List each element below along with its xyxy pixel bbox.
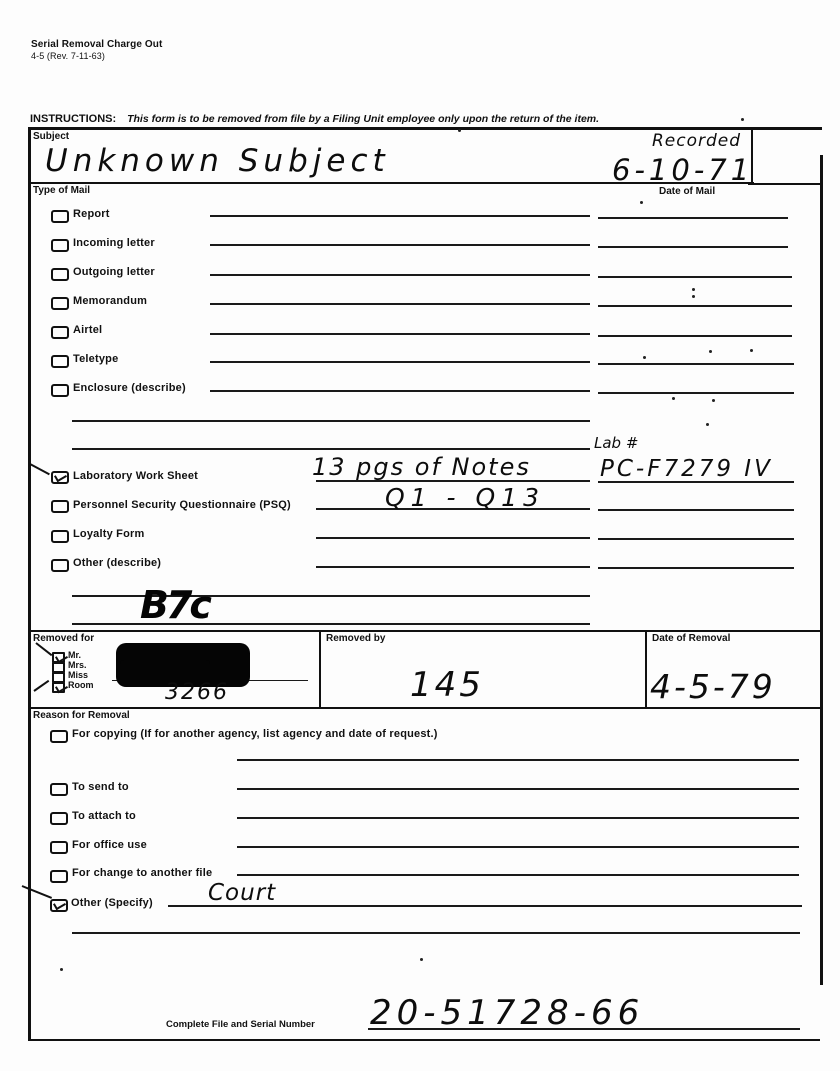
to-attach-to-line[interactable] xyxy=(237,817,799,819)
mail-type-outgoing-letter: Outgoing letter xyxy=(73,266,155,278)
other-describe-note-line[interactable] xyxy=(316,566,590,568)
scan-speck xyxy=(706,423,709,426)
incoming-letter-date-line[interactable] xyxy=(598,246,788,248)
date-of-removal-label: Date of Removal xyxy=(652,633,730,644)
checkbox-for-copying[interactable] xyxy=(50,730,68,743)
instructions-text: This form is to be removed from file by … xyxy=(127,113,599,125)
removed-for-label: Removed for xyxy=(33,633,94,644)
type-of-mail-label: Type of Mail xyxy=(33,185,90,196)
scan-speck xyxy=(640,201,643,204)
for-office-use-line[interactable] xyxy=(237,846,799,848)
salutation-mrs: Mrs. xyxy=(68,660,87,670)
other-specify-extra-line[interactable] xyxy=(72,932,800,934)
outgoing-letter-date-line[interactable] xyxy=(598,276,792,278)
for-change-line[interactable] xyxy=(237,874,799,876)
mail-type-airtel: Airtel xyxy=(73,324,102,336)
frame-left xyxy=(28,128,31,1041)
mail-type-laboratory-work-sheet: Laboratory Work Sheet xyxy=(73,470,198,482)
reason-for-change-to-another-file: For change to another file xyxy=(72,867,212,879)
subject-value[interactable]: Unknown Subject xyxy=(45,143,390,179)
room-check-stroke xyxy=(33,680,49,692)
outgoing-letter-note-line[interactable] xyxy=(210,274,590,276)
check-mark-stroke xyxy=(30,463,50,475)
salutation-room: Room xyxy=(68,680,94,690)
instructions: INSTRUCTIONS: This form is to be removed… xyxy=(30,113,599,125)
file-serial-label: Complete File and Serial Number xyxy=(166,1019,315,1030)
mail-type-teletype: Teletype xyxy=(73,353,118,365)
psq-note[interactable]: Q1 - Q13 xyxy=(385,483,545,512)
enclosure-extra-line-1[interactable] xyxy=(72,420,590,422)
salutation-mr: Mr. xyxy=(68,650,81,660)
incoming-letter-note-line[interactable] xyxy=(210,244,590,246)
removed-by-value[interactable]: 145 xyxy=(410,665,484,705)
removal-divider-1 xyxy=(319,631,321,708)
checkbox-airtel[interactable] xyxy=(51,326,69,339)
instructions-lead: INSTRUCTIONS: xyxy=(30,113,116,125)
removal-bottom-divider xyxy=(28,707,822,709)
checkbox-other-describe[interactable] xyxy=(51,559,69,572)
lab-sheet-note[interactable]: 13 pgs of Notes xyxy=(312,453,531,481)
checkbox-to-send-to[interactable] xyxy=(50,783,68,796)
checkbox-psq[interactable] xyxy=(51,500,69,513)
recorded-label: Recorded xyxy=(652,131,741,151)
report-note-line[interactable] xyxy=(210,215,590,217)
report-date-line[interactable] xyxy=(598,217,788,219)
checkbox-laboratory-work-sheet[interactable] xyxy=(51,471,69,484)
frame-right xyxy=(820,155,823,985)
other-describe-date-line[interactable] xyxy=(598,567,794,569)
file-serial-value[interactable]: 20-51728-66 xyxy=(370,993,644,1033)
scan-speck xyxy=(458,129,461,132)
checkbox-for-change-to-another-file[interactable] xyxy=(50,870,68,883)
psq-date-line[interactable] xyxy=(598,509,794,511)
mail-type-other: Other (describe) xyxy=(73,557,161,569)
room-number[interactable]: 3266 xyxy=(165,680,229,705)
airtel-note-line[interactable] xyxy=(210,333,590,335)
teletype-note-line[interactable] xyxy=(210,361,590,363)
checkbox-enclosure[interactable] xyxy=(51,384,69,397)
airtel-date-line[interactable] xyxy=(598,335,792,337)
scan-speck xyxy=(709,350,712,353)
scan-speck xyxy=(420,958,423,961)
teletype-date-line[interactable] xyxy=(598,363,794,365)
loyalty-form-date-line[interactable] xyxy=(598,538,794,540)
subject-divider-right xyxy=(748,183,822,185)
checkbox-teletype[interactable] xyxy=(51,355,69,368)
checkbox-for-office-use[interactable] xyxy=(50,841,68,854)
checkbox-loyalty-form[interactable] xyxy=(51,530,69,543)
mail-type-report: Report xyxy=(73,208,110,220)
salutation-miss: Miss xyxy=(68,670,88,680)
checkbox-report[interactable] xyxy=(51,210,69,223)
other-specify-value[interactable]: Court xyxy=(208,880,276,906)
removal-divider-2 xyxy=(645,631,647,708)
lab-number-value[interactable]: PC-F7279 IV xyxy=(600,456,773,482)
scan-speck xyxy=(60,968,63,971)
loyalty-form-note-line[interactable] xyxy=(316,537,590,539)
to-send-to-line[interactable] xyxy=(237,788,799,790)
enclosure-note-line[interactable] xyxy=(210,390,590,392)
mail-type-loyalty-form: Loyalty Form xyxy=(73,528,144,540)
frame-top xyxy=(28,127,822,130)
checkbox-outgoing-letter[interactable] xyxy=(51,268,69,281)
scan-speck xyxy=(692,288,695,291)
mail-type-psq: Personnel Security Questionnaire (PSQ) xyxy=(73,499,291,511)
scan-speck xyxy=(712,399,715,402)
reason-for-removal-label: Reason for Removal xyxy=(33,710,130,721)
enclosure-date-line[interactable] xyxy=(598,392,794,394)
for-copying-line[interactable] xyxy=(237,759,799,761)
other-specify-check-stroke xyxy=(22,885,52,899)
mail-type-enclosure: Enclosure (describe) xyxy=(73,382,186,394)
scan-speck xyxy=(750,349,753,352)
memorandum-date-line[interactable] xyxy=(598,305,792,307)
scan-speck xyxy=(672,397,675,400)
reason-to-attach-to: To attach to xyxy=(72,810,136,822)
removal-top-divider xyxy=(28,630,822,632)
removed-by-label: Removed by xyxy=(326,633,385,644)
frame-bottom xyxy=(28,1039,820,1041)
reason-to-send-to: To send to xyxy=(72,781,129,793)
enclosure-extra-line-2[interactable] xyxy=(72,448,590,450)
scan-speck xyxy=(692,295,695,298)
redaction-exemption-mark: B7c xyxy=(140,583,209,627)
form-number: 4-5 (Rev. 7-11-63) xyxy=(31,51,105,62)
mail-type-incoming-letter: Incoming letter xyxy=(73,237,155,249)
reason-other-specify: Other (Specify) xyxy=(71,897,153,909)
removed-for-check-stroke xyxy=(35,642,52,656)
checkbox-other-specify[interactable] xyxy=(50,899,68,912)
form-title: Serial Removal Charge Out xyxy=(31,39,162,50)
memorandum-note-line[interactable] xyxy=(210,303,590,305)
scan-speck xyxy=(643,356,646,359)
subject-divider xyxy=(28,182,754,184)
checkbox-incoming-letter[interactable] xyxy=(51,239,69,252)
subject-label: Subject xyxy=(33,131,69,142)
checkbox-to-attach-to[interactable] xyxy=(50,812,68,825)
reason-for-office-use: For office use xyxy=(72,839,147,851)
checkbox-memorandum[interactable] xyxy=(51,297,69,310)
scan-speck xyxy=(741,118,744,121)
reason-for-copying: For copying (If for another agency, list… xyxy=(72,728,438,740)
checkbox-room[interactable] xyxy=(52,682,65,693)
mail-type-memorandum: Memorandum xyxy=(73,295,147,307)
date-of-removal-value[interactable]: 4-5-79 xyxy=(650,667,776,706)
date-of-mail-label: Date of Mail xyxy=(659,186,715,197)
lab-number-annotation: Lab # xyxy=(594,434,638,452)
